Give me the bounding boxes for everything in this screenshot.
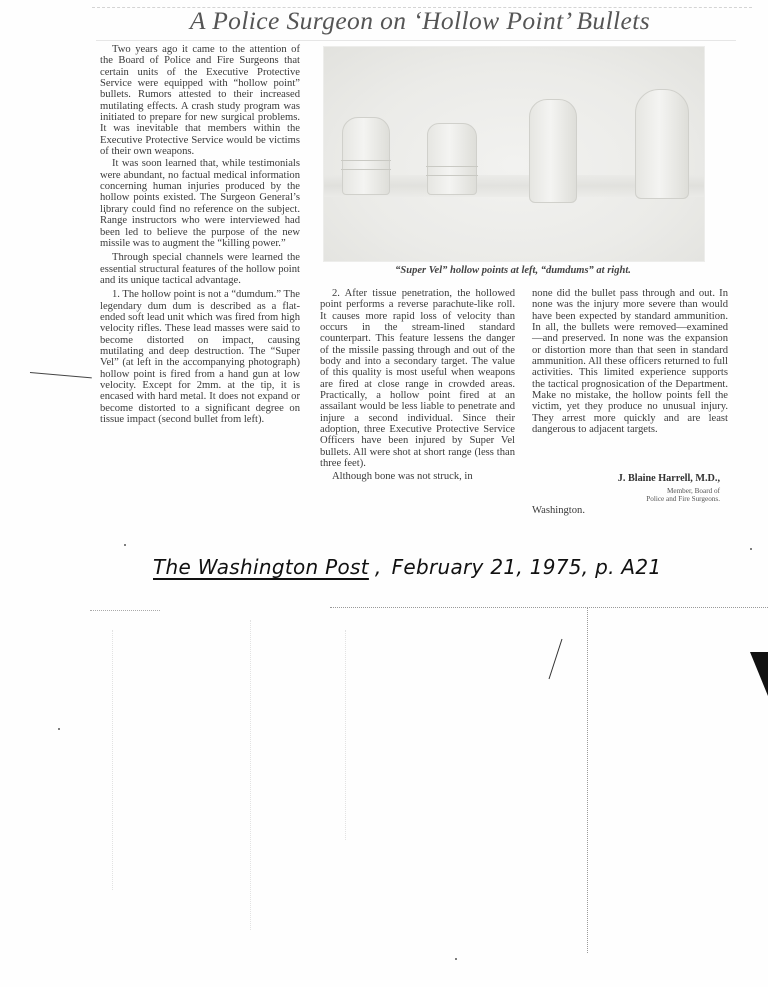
article-column-2: 2. After tissue penetration, the hollowe…: [320, 288, 515, 483]
scan-speck: [105, 212, 106, 214]
author-signature: J. Blaine Harrell, M.D., Member, Board o…: [532, 473, 720, 503]
handwritten-citation: The Washington Post,February 21, 1975, p…: [153, 555, 661, 579]
author-title-line-2: Police and Fire Surgeons.: [532, 495, 720, 503]
photo-caption: “Super Vel” hollow points at left, “dumd…: [323, 265, 703, 276]
citation-publication: The Washington Post: [153, 555, 369, 579]
scan-speck: [455, 958, 457, 960]
article-paragraph: Although bone was not struck, in: [320, 471, 515, 482]
article-paragraph: Through special channels were learned th…: [100, 252, 300, 286]
article-paragraph: Two years ago it came to the attention o…: [100, 44, 300, 157]
author-title: Member, Board of Police and Fire Surgeon…: [532, 487, 720, 503]
author-title-line-1: Member, Board of: [532, 487, 720, 495]
pen-mark: [549, 639, 563, 679]
hollow-point-bullet-expanded-icon: [427, 123, 477, 195]
hollow-point-bullet-icon: [342, 117, 390, 195]
pen-mark: [30, 372, 92, 378]
article-paragraph: none did the bullet pass through and out…: [532, 288, 728, 435]
fold-line: [587, 608, 588, 953]
perforation-edge: [330, 607, 768, 608]
article-paragraph: It was soon learned that, while testimon…: [100, 158, 300, 249]
citation-details: February 21, 1975, p. A21: [392, 555, 662, 579]
article-paragraph: 1. The hollow point is not a “dumdum.” T…: [100, 289, 300, 425]
faint-fold-line: [345, 630, 346, 840]
article-headline: A Police Surgeon on ‘Hollow Point’ Bulle…: [100, 6, 740, 36]
dumdum-bullet-icon: [529, 99, 577, 203]
article-column-3: none did the bullet pass through and out…: [532, 288, 728, 436]
article-paragraph: 2. After tissue penetration, the hollowe…: [320, 288, 515, 470]
faint-fold-line: [250, 620, 251, 930]
scan-speck: [58, 728, 60, 730]
headline-rule: [96, 40, 736, 41]
faint-fold-line: [112, 630, 113, 890]
article-column-1: Two years ago it came to the attention o…: [100, 44, 300, 426]
scan-speck: [124, 544, 126, 546]
dumdum-bullet-icon: [635, 89, 689, 199]
newspaper-clipping-page: A Police Surgeon on ‘Hollow Point’ Bulle…: [0, 0, 768, 987]
author-name: J. Blaine Harrell, M.D.,: [532, 473, 720, 484]
perforation-edge: [90, 610, 160, 611]
scan-speck: [750, 548, 752, 550]
bullets-photo: [323, 46, 705, 262]
scan-corner-shadow: [750, 652, 768, 696]
dateline: Washington.: [532, 505, 585, 516]
citation-separator: ,: [375, 555, 382, 579]
